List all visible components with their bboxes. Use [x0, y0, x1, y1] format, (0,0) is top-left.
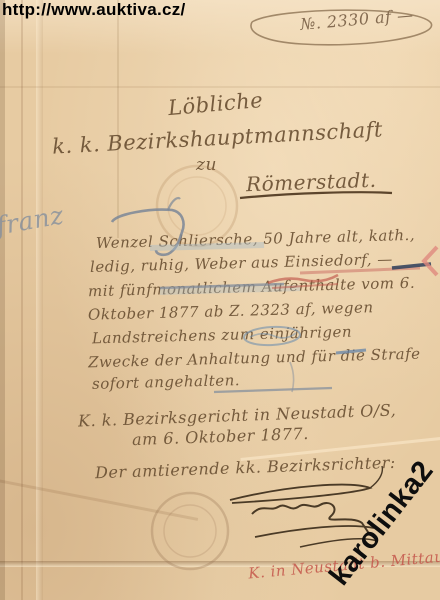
blue-pencil-loop-tail [168, 198, 180, 210]
scanned-letter-page: №. 2330 af — Löbliche k. k. Bezirkshaupt… [0, 0, 440, 600]
address-authority: k. k. Bezirkshauptmannschaft [52, 117, 384, 158]
vertical-fold-crease [117, 0, 119, 238]
body-line: Oktober 1877 ab Z. 2323 af, wegen [88, 298, 374, 323]
body-line: Landstreichens zum einjährigen [92, 323, 352, 348]
vertical-fold-crease [36, 0, 43, 600]
pencil-squiggle [290, 362, 294, 392]
paper-edge-shadow [0, 0, 5, 600]
round-stamp-faint-upper-inner [168, 177, 226, 235]
round-stamp-faint-lower [152, 493, 228, 569]
body-line: ledig, ruhig, Weber aus Einsiedorf, — [90, 250, 393, 276]
body-line: Zwecke der Anhaltung und für die Strafe [88, 345, 421, 372]
address-town: Römerstadt. [246, 168, 377, 197]
margin-pencil-note: franz [0, 200, 66, 240]
red-chevron-mark [424, 247, 437, 275]
body-line: sofort angehalten. [92, 371, 241, 393]
document-number: №. 2330 af — [299, 5, 414, 34]
closing-officer: Der amtierende kk. Bezirksrichter: [95, 453, 396, 482]
vertical-fold-crease [21, 0, 23, 600]
site-watermark: http://www.auktiva.cz/ [2, 0, 186, 20]
dark-blue-dash [392, 264, 431, 268]
address-salutation: Löbliche [167, 88, 264, 120]
address-zu: zu [196, 155, 217, 175]
horizontal-fold-crease [0, 86, 440, 88]
round-stamp-faint-lower-inner [164, 505, 216, 557]
body-line: mit fünfmonatlichem Aufenthalte vom 6. [88, 274, 416, 301]
body-line: Wenzel Schliersche, 50 Jahre alt, kath., [96, 226, 415, 252]
